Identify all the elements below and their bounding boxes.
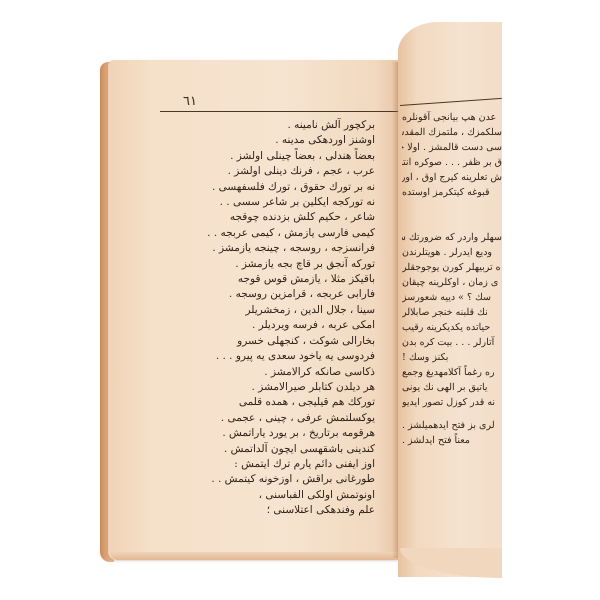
text-line: ه تربیهلر کورن یوجوجقلر <box>402 260 502 275</box>
verse-line: باقیکز مثلا ، یازمش قوس قوجه <box>150 272 375 287</box>
verse-line: اوز ایفنی دائم یارم ترك ایتمش : <box>150 457 375 472</box>
verse-line: یوکسلتمش عرفی ، چینی ، عجمی . <box>150 411 375 426</box>
verse-line: فارابی عربجه ، قرامزین روسجه . <box>150 287 375 302</box>
text-line: حیاتده یکدیکرینه رقیب <box>402 320 502 335</box>
verse-line: شاعر ، حکیم کلش بزدنده چوقجه <box>150 210 375 225</box>
right-page-text: عدن هپ بیانجی آقونلره سلکمزك ، ملتمزك ال… <box>402 110 502 448</box>
verse-line: اونوتمش اولکی الفباسنی ، <box>150 488 375 503</box>
text-line: ره رغماً آکلامهدیغ وجمع <box>402 365 502 380</box>
background-crop-edge <box>502 0 600 600</box>
text-line: نه قدر کوزل تصور ایدیو <box>402 395 502 410</box>
text-line: عدن هپ بیانجی آقونلره <box>402 110 502 125</box>
text-line: ق بر ظفر . . . صوکره انتده <box>402 155 502 170</box>
text-line: سك ؟ » دییه شعورسز <box>402 290 502 305</box>
verse-line: فرانسزجه ، روسجه ، چینجه یازمشز . <box>150 241 375 256</box>
verse-line: عرب ، عجم ، فرنك دینلی اولشز . <box>150 164 375 179</box>
verse-line: بعضاً هندلی ، بعضاً چینلی اولشز . <box>150 149 375 164</box>
verse-line: ذکاسی صانکه کرالامشز . <box>150 365 375 380</box>
text-line: ی زمان ، اوکلرینه چیقان <box>402 275 502 290</box>
verse-line: علم وفندهکی اعتلاسنی ؛ <box>150 503 375 518</box>
left-page-bottom-edge <box>110 552 398 560</box>
text-line: ش تعلرینه کیرج اوق ، اوراز <box>402 170 502 185</box>
text-line: قبوغه کیتکرمز اوستده <box>402 185 502 200</box>
verse-line: بخارالی شوکت ، کنجهلی خسرو <box>150 334 375 349</box>
left-page-verse-block: برکچور آلش نامینه . اوشنز اوردهکی مدینه … <box>150 118 375 519</box>
verse-line: هر دیلدن کتابلر صیرالامشز . <box>150 380 375 395</box>
verse-line: کیمی فارسی یازمش ، کیمی عربجه . . <box>150 226 375 241</box>
verse-line: هرقومه برتاریخ ، بر یورد یاراتمش . <box>150 426 375 441</box>
paragraph-gap <box>402 200 502 230</box>
text-line: سی دست قالمشز . اولا خارقه <box>402 140 502 155</box>
verse-line: فردوسی یه یاخود سعدی یه پیرو . . . <box>150 349 375 364</box>
page-number: ٦١ <box>183 94 197 109</box>
verse-line: برکچور آلش نامینه . <box>150 118 375 133</box>
verse-line: نه تورکجه ایکلین بر شاعر سسی . . <box>150 195 375 210</box>
verse-line: طورغانی براقش ، اوزخونه کیتمش . . <box>150 472 375 487</box>
text-line: سلکمزك ، ملتمزك المقدس <box>402 125 502 140</box>
paragraph-gap <box>402 410 502 418</box>
open-book-photo: ٦١ برکچور آلش نامینه . اوشنز اوردهکی مدی… <box>0 0 600 600</box>
text-line: بکنز وسك ! <box>402 350 502 365</box>
verse-line: اوشنز اوردهکی مدینه . <box>150 133 375 148</box>
verse-line: امکی عربه ، فرسه ویردیلر . <box>150 318 375 333</box>
verse-line: تورکه آنجق بر قاچ بجه یازمشز . <box>150 257 375 272</box>
text-line: یاتیق بر الهی نك یونی <box>402 380 502 395</box>
text-line: معناً فتح ایدلشز . <box>402 433 502 448</box>
verse-line: کندینی باشقهسی ایچون آلداتمش . <box>150 442 375 457</box>
text-line: نك قلبنه خنجر صابلالر <box>402 305 502 320</box>
text-line: لری بز فتح ایدهمیلشز . <box>402 418 502 433</box>
header-rule <box>160 111 398 112</box>
text-line: آتارلر . . . بیت کره بدن <box>402 335 502 350</box>
verse-line: سینا ، جلال الدین ، زمخشریلر <box>150 303 375 318</box>
text-line: ودیع ایدرلر . هویتلرندن <box>402 245 502 260</box>
verse-line: نه بر تورك حقوق ، تورك فلسفهسی . <box>150 180 375 195</box>
text-line: سهلر واردر که ضرورتك سوقیله <box>402 230 502 245</box>
verse-line: تورکك هم قیلیجی ، همده قلمی <box>150 395 375 410</box>
